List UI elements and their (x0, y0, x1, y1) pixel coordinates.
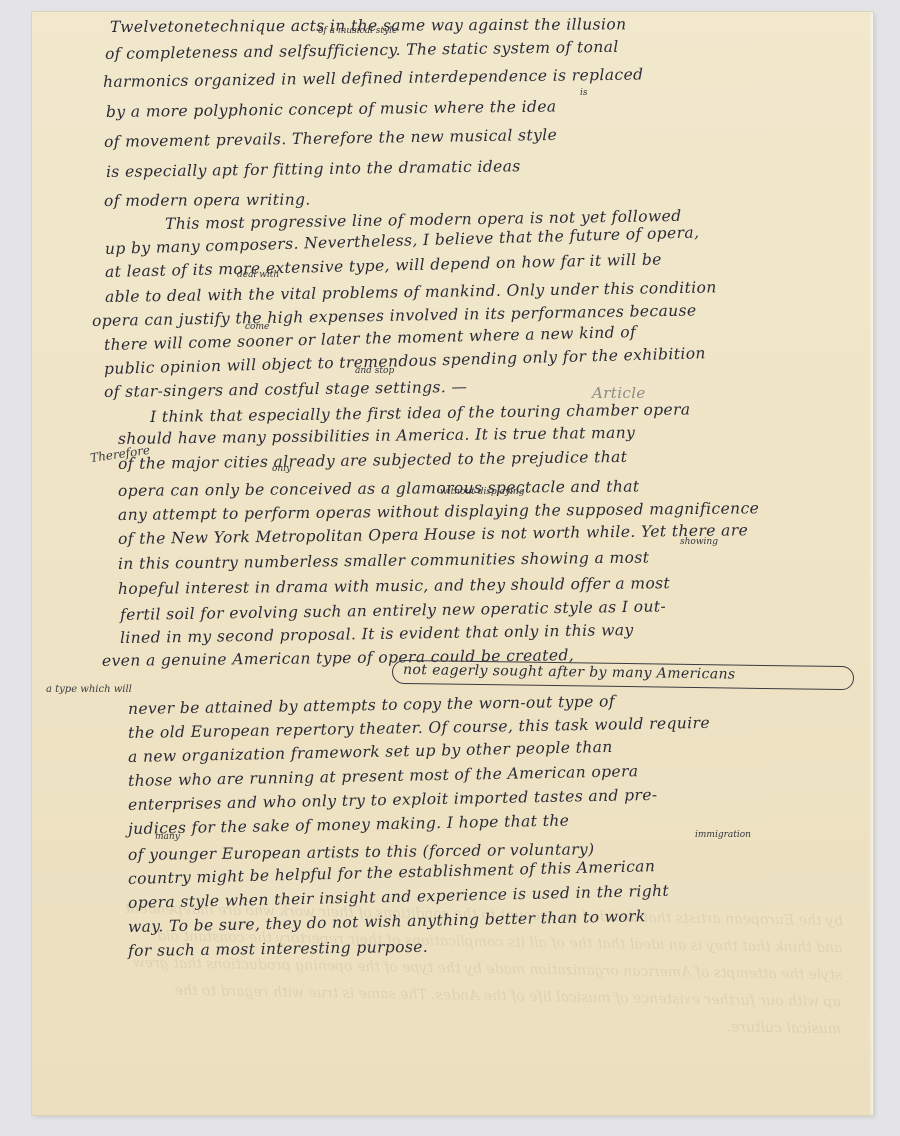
circled-phrase: not eagerly sought after by many America… (392, 660, 854, 690)
manuscript-line: a new organization framework set up by o… (128, 738, 613, 766)
manuscript-line: lined in my second proposal. It is evide… (120, 621, 634, 647)
manuscript-line: never be attained by attempts to copy th… (128, 692, 615, 718)
manuscript-line: of the New York Metropolitan Opera House… (118, 521, 748, 548)
manuscript-line: I think that especially the first idea o… (150, 400, 691, 426)
manuscript-line: opera can only be conceived as a glamoro… (118, 477, 640, 500)
manuscript-line: of movement prevails. Therefore the new … (104, 126, 557, 151)
handwritten-text-body: Twelvetonetechnique acts in the same way… (0, 0, 900, 1136)
interlinear-insertion: deal with (237, 270, 279, 280)
manuscript-line: by a more polyphonic concept of music wh… (106, 97, 557, 121)
manuscript-line: those who are running at present most of… (128, 762, 639, 790)
circled-phrase-text: not eagerly sought after by many America… (403, 662, 736, 683)
manuscript-line: of the major cities already are subjecte… (118, 448, 628, 473)
manuscript-line: for such a most interesting purpose. (128, 938, 428, 960)
manuscript-line: of completeness and selfsufficiency. The… (105, 38, 619, 63)
interlinear-insertion: of a musical style (318, 26, 397, 36)
manuscript-line: any attempt to perform operas without di… (118, 499, 759, 524)
interlinear-insertion: and stop (355, 366, 394, 376)
manuscript-line: the old European repertory theater. Of c… (128, 714, 710, 742)
manuscript-line: way. To be sure, they do not wish anythi… (128, 907, 646, 936)
manuscript-line: judices for the sake of money making. I … (128, 812, 570, 838)
manuscript-line: should have many possibilities in Americ… (118, 424, 635, 448)
interlinear-insertion: is (580, 88, 588, 98)
interlinear-insertion: only (272, 464, 291, 474)
manuscript-line: fertil soil for evolving such an entirel… (120, 597, 666, 624)
interlinear-insertion: immigration (695, 830, 751, 840)
manuscript-line: enterprises and who only try to exploit … (128, 786, 658, 814)
interlinear-insertion: showing (680, 537, 718, 547)
margin-note: a type which will (46, 684, 132, 695)
manuscript-line: is especially apt for fitting into the d… (106, 157, 521, 181)
manuscript-line: harmonics organized in well defined inte… (103, 65, 644, 91)
manuscript-line: of modern opera writing. (104, 191, 311, 210)
manuscript-line: of star-singers and costful stage settin… (104, 378, 468, 401)
interlinear-insertion: come (245, 322, 269, 332)
manuscript-line: hopeful interest in drama with music, an… (118, 574, 670, 598)
manuscript-line: in this country numberless smaller commu… (118, 549, 650, 573)
interlinear-insertion: without displaying (440, 487, 524, 497)
pencil-annotation: Article (592, 384, 646, 402)
interlinear-insertion: many (155, 832, 180, 842)
